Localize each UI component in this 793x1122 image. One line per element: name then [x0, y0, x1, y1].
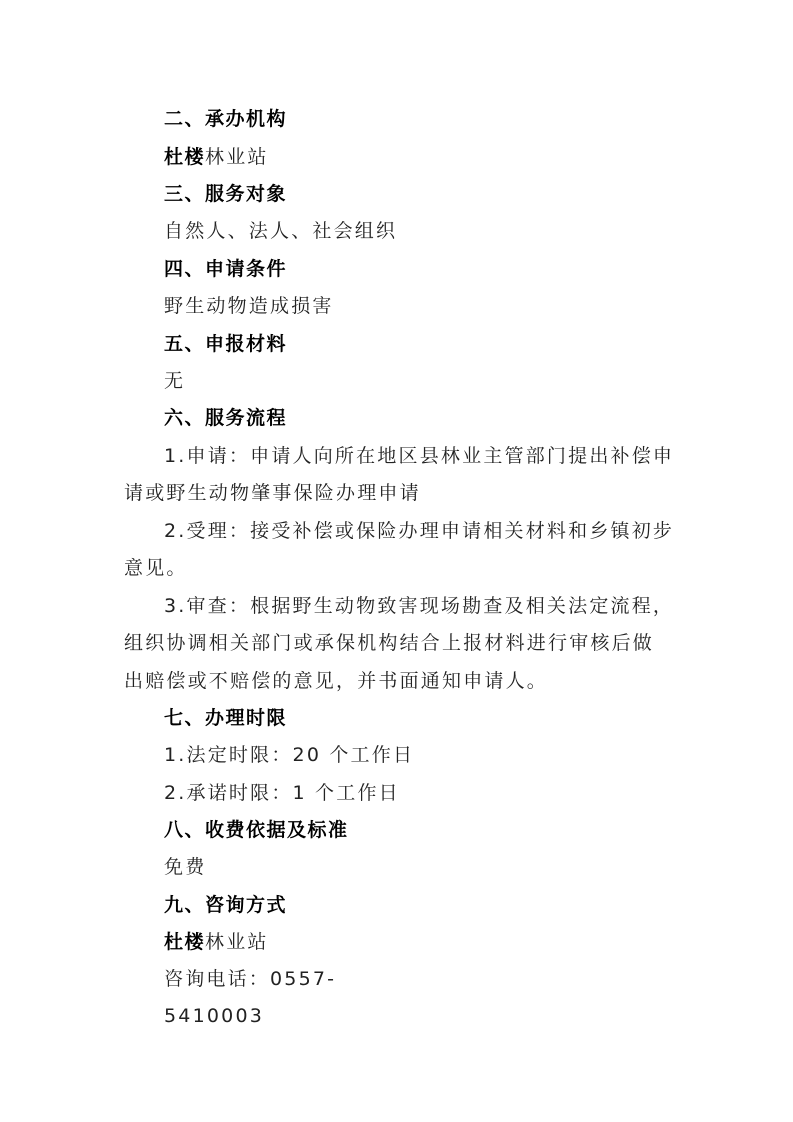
- heading-s8: 八、收费依据及标准: [164, 817, 349, 843]
- step3-line3: 出赔偿或不赔偿的意见，并书面通知申请人。: [124, 668, 548, 694]
- contact-org: 杜楼林业站: [164, 929, 269, 955]
- materials: 无: [164, 368, 185, 394]
- fee: 免费: [164, 854, 206, 880]
- contact-org-bold: 杜楼: [164, 931, 205, 953]
- document-page: 二、承办机构 杜楼林业站 三、服务对象 自然人、法人、社会组织 四、申请条件 野…: [0, 0, 793, 1122]
- service-target: 自然人、法人、社会组织: [164, 218, 397, 244]
- heading-s7: 七、办理时限: [164, 705, 287, 731]
- step1-line2: 请或野生动物肇事保险办理申请: [124, 480, 421, 506]
- step2-line2: 意见。: [124, 555, 188, 581]
- heading-s5: 五、申报材料: [164, 331, 287, 357]
- contact-org-rest: 林业站: [205, 931, 269, 953]
- phone-line2: 5410003: [164, 1003, 264, 1029]
- org-bold: 杜楼: [164, 146, 205, 168]
- org-name: 杜楼林业站: [164, 144, 269, 170]
- heading-s3: 三、服务对象: [164, 181, 287, 207]
- step3-line1: 3.审查：根据野生动物致害现场勘查及相关法定流程，: [164, 593, 674, 619]
- org-rest: 林业站: [205, 146, 269, 168]
- step2-line1: 2.受理：接受补偿或保险办理申请相关材料和乡镇初步: [164, 518, 674, 544]
- conditions: 野生动物造成损害: [164, 293, 334, 319]
- heading-s2: 二、承办机构: [164, 106, 287, 132]
- step1-line1: 1.申请：申请人向所在地区县林业主管部门提出补偿申: [164, 443, 674, 469]
- phone-line1: 咨询电话：0557-: [164, 966, 336, 992]
- heading-s9: 九、咨询方式: [164, 892, 287, 918]
- legal-time-limit: 1.法定时限：20 个工作日: [164, 742, 414, 768]
- promised-time-limit: 2.承诺时限：1 个工作日: [164, 780, 400, 806]
- step3-line2: 组织协调相关部门或承保机构结合上报材料进行审核后做: [124, 630, 654, 656]
- heading-s4: 四、申请条件: [164, 256, 287, 282]
- heading-s6: 六、服务流程: [164, 405, 287, 431]
